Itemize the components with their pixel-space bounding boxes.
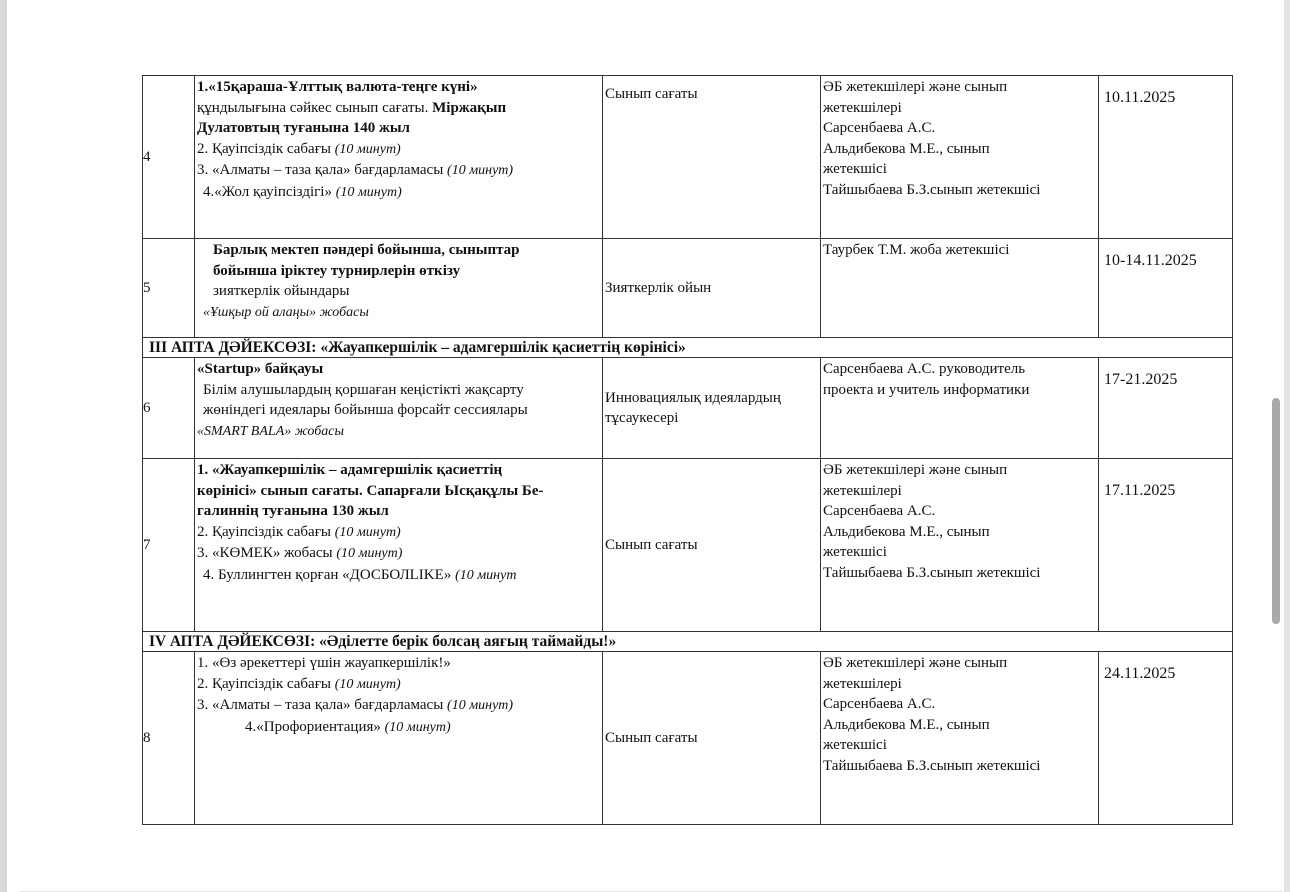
responsible-line: Альдибекова М.Е., сынып <box>823 139 1096 160</box>
responsible-cell: ӘБ жетекшілері және сыныпжетекшілеріСарс… <box>821 459 1099 632</box>
responsible-line: Альдибекова М.Е., сынып <box>823 715 1096 736</box>
event-line: галиннің туғанына 130 жыл <box>197 501 600 522</box>
event-cell: 1.«15қараша-Ұлттық валюта-теңге күні»құн… <box>195 76 603 239</box>
responsible-line: Тайшыбаева Б.З.сынып жетекшісі <box>823 563 1096 584</box>
table-row: 6«Startup» байқауыБілім алушылардың қорш… <box>143 358 1233 459</box>
duration-note: (10 минут) <box>335 142 401 157</box>
responsible-line: жетекшілері <box>823 98 1096 119</box>
event-line-text: галиннің туғанына 130 жыл <box>197 503 389 519</box>
event-line: 2. Қауіпсіздік сабағы (10 минут) <box>197 139 600 161</box>
responsible-line: жетекшілері <box>823 674 1096 695</box>
event-line: Білім алушылардың қоршаған кеңістікті жа… <box>197 380 600 401</box>
duration-note: (10 минут) <box>336 546 402 561</box>
event-line-text: 3. «Алматы – таза қала» бағдарламасы <box>197 697 447 713</box>
event-line-bold: Міржақып <box>432 100 506 116</box>
responsible-line: жетекшісі <box>823 735 1096 756</box>
form-cell: Инновациялық идеялардың тұсаукесері <box>603 358 821 459</box>
event-line-text: «SMART BALA» жобасы <box>197 424 344 439</box>
event-line-text: 4. Буллингтен қорған «ДОСБОЛLIKE» <box>203 567 455 583</box>
event-line: 3. «Алматы – таза қала» бағдарламасы (10… <box>197 695 600 717</box>
responsible-line: ӘБ жетекшілері және сынып <box>823 460 1096 481</box>
table-row: 71. «Жауапкершілік – адамгершілік қасиет… <box>143 459 1233 632</box>
row-number: 4 <box>143 76 195 239</box>
event-line-text: Барлық мектеп пәндері бойынша, сыныптар <box>213 242 520 258</box>
responsible-line: Сарсенбаева А.С. <box>823 501 1096 522</box>
event-line-text: 1. «Өз әрекеттері үшін жауапкершілік!» <box>197 655 451 671</box>
date-cell: 10.11.2025 <box>1099 76 1233 239</box>
event-line: 1. «Жауапкершілік – адамгершілік қасиетт… <box>197 460 600 481</box>
responsible-line: Сарсенбаева А.С. руководитель <box>823 359 1096 380</box>
responsible-cell: Таурбек Т.М. жоба жетекшісі <box>821 239 1099 338</box>
row-number: 7 <box>143 459 195 632</box>
responsible-line: жетекшісі <box>823 159 1096 180</box>
duration-note: (10 минут) <box>335 525 401 540</box>
event-line-text: 2. Қауіпсіздік сабағы <box>197 524 335 540</box>
event-line: бойынша іріктеу турнирлерін өткізу <box>197 261 600 282</box>
week-section-row: III АПТА ДӘЙЕКСӨЗІ: «Жауапкершілік – ада… <box>143 338 1233 358</box>
event-line-text: көрінісі» сынып сағаты. Сапарғали Ысқақұ… <box>197 483 544 499</box>
vertical-scrollbar[interactable] <box>1272 398 1280 624</box>
row-number: 8 <box>143 652 195 825</box>
event-line: жөніндегі идеялары бойынша форсайт сесси… <box>197 400 600 421</box>
event-line: зияткерлік ойындары <box>197 281 600 302</box>
event-cell: 1. «Жауапкершілік – адамгершілік қасиетт… <box>195 459 603 632</box>
event-line-text: 3. «КӨМЕК» жобасы <box>197 545 336 561</box>
responsible-line: ӘБ жетекшілері және сынып <box>823 77 1096 98</box>
event-line: 1.«15қараша-Ұлттық валюта-теңге күні» <box>197 77 600 98</box>
event-line-text: 1. «Жауапкершілік – адамгершілік қасиетт… <box>197 462 502 478</box>
event-line: «SMART BALA» жобасы <box>197 421 600 443</box>
viewer-right-edge <box>1284 0 1290 892</box>
responsible-cell: ӘБ жетекшілері және сыныпжетекшілеріСарс… <box>821 652 1099 825</box>
duration-note: (10 минут) <box>447 698 513 713</box>
event-line-text: жөніндегі идеялары бойынша форсайт сесси… <box>203 402 528 418</box>
responsible-line: Таурбек Т.М. жоба жетекшісі <box>823 240 1096 261</box>
duration-note: (10 минут) <box>336 185 402 200</box>
responsible-cell: Сарсенбаева А.С. руководительпроекта и у… <box>821 358 1099 459</box>
event-cell: Барлық мектеп пәндері бойынша, сыныптарб… <box>195 239 603 338</box>
week-motto: III АПТА ДӘЙЕКСӨЗІ: «Жауапкершілік – ада… <box>143 338 1233 358</box>
event-line: 2. Қауіпсіздік сабағы (10 минут) <box>197 674 600 696</box>
event-line: «Ұшқыр ой алаңы» жобасы <box>197 302 600 324</box>
date-cell: 24.11.2025 <box>1099 652 1233 825</box>
event-line: 4. Буллингтен қорған «ДОСБОЛLIKE» (10 ми… <box>197 565 600 587</box>
event-line: 3. «Алматы – таза қала» бағдарламасы (10… <box>197 160 600 182</box>
event-line: көрінісі» сынып сағаты. Сапарғали Ысқақұ… <box>197 481 600 502</box>
event-line-text: 3. «Алматы – таза қала» бағдарламасы <box>197 162 447 178</box>
event-line: «Startup» байқауы <box>197 359 600 380</box>
responsible-line: Сарсенбаева А.С. <box>823 694 1096 715</box>
event-line-text: 2. Қауіпсіздік сабағы <box>197 141 335 157</box>
event-line: 4.«Профориентация» (10 минут) <box>197 717 600 739</box>
event-line-text: «Startup» байқауы <box>197 361 323 377</box>
event-line: 2. Қауіпсіздік сабағы (10 минут) <box>197 522 600 544</box>
form-cell: Сынып сағаты <box>603 76 821 239</box>
form-cell: Сынып сағаты <box>603 652 821 825</box>
date-cell: 17-21.2025 <box>1099 358 1233 459</box>
event-line: 3. «КӨМЕК» жобасы (10 минут) <box>197 543 600 565</box>
responsible-line: Тайшыбаева Б.З.сынып жетекшісі <box>823 180 1096 201</box>
event-line-text: 2. Қауіпсіздік сабағы <box>197 676 335 692</box>
date-cell: 10-14.11.2025 <box>1099 239 1233 338</box>
responsible-cell: ӘБ жетекшілері және сыныпжетекшілеріСарс… <box>821 76 1099 239</box>
event-line-text: Білім алушылардың қоршаған кеңістікті жа… <box>203 382 524 398</box>
event-line: құндылығына сәйкес сынып сағаты. Міржақы… <box>197 98 600 119</box>
responsible-line: ӘБ жетекшілері және сынып <box>823 653 1096 674</box>
duration-note: (10 минут <box>455 568 516 583</box>
row-number: 5 <box>143 239 195 338</box>
week-motto: IV АПТА ДӘЙЕКСӨЗІ: «Әділетте берік болса… <box>143 632 1233 652</box>
event-line-text: құндылығына сәйкес сынып сағаты. <box>197 100 432 116</box>
row-number: 6 <box>143 358 195 459</box>
duration-note: (10 минут) <box>447 163 513 178</box>
event-line-text: 1.«15қараша-Ұлттық валюта-теңге күні» <box>197 79 478 95</box>
event-line: Барлық мектеп пәндері бойынша, сыныптар <box>197 240 600 261</box>
responsible-line: Сарсенбаева А.С. <box>823 118 1096 139</box>
event-line-text: 4.«Жол қауіпсіздігі» <box>203 184 336 200</box>
event-line-text: зияткерлік ойындары <box>213 283 349 299</box>
duration-note: (10 минут) <box>385 720 451 735</box>
table-row: 41.«15қараша-Ұлттық валюта-теңге күні»құ… <box>143 76 1233 239</box>
document-page: 41.«15қараша-Ұлттық валюта-теңге күні»құ… <box>142 75 1232 825</box>
form-cell: Зияткерлік ойын <box>603 239 821 338</box>
table-row: 81. «Өз әрекеттері үшін жауапкершілік!»2… <box>143 652 1233 825</box>
table-row: 5Барлық мектеп пәндері бойынша, сыныптар… <box>143 239 1233 338</box>
event-line-text: бойынша іріктеу турнирлерін өткізу <box>213 263 460 279</box>
event-line: Дулатовтың туғанына 140 жыл <box>197 118 600 139</box>
plan-table: 41.«15қараша-Ұлттық валюта-теңге күні»құ… <box>142 75 1233 825</box>
date-cell: 17.11.2025 <box>1099 459 1233 632</box>
event-line-text: 4.«Профориентация» <box>245 719 385 735</box>
event-cell: «Startup» байқауыБілім алушылардың қорша… <box>195 358 603 459</box>
event-cell: 1. «Өз әрекеттері үшін жауапкершілік!»2.… <box>195 652 603 825</box>
event-line: 1. «Өз әрекеттері үшін жауапкершілік!» <box>197 653 600 674</box>
event-line-text: «Ұшқыр ой алаңы» жобасы <box>203 305 369 320</box>
responsible-line: Тайшыбаева Б.З.сынып жетекшісі <box>823 756 1096 777</box>
event-line-text: Дулатовтың туғанына 140 жыл <box>197 120 410 136</box>
week-section-row: IV АПТА ДӘЙЕКСӨЗІ: «Әділетте берік болса… <box>143 632 1233 652</box>
responsible-line: Альдибекова М.Е., сынып <box>823 522 1096 543</box>
form-cell: Сынып сағаты <box>603 459 821 632</box>
viewer-left-edge <box>0 0 7 892</box>
responsible-line: жетекшісі <box>823 542 1096 563</box>
event-line: 4.«Жол қауіпсіздігі» (10 минут) <box>197 182 600 204</box>
duration-note: (10 минут) <box>335 677 401 692</box>
responsible-line: проекта и учитель информатики <box>823 380 1096 401</box>
responsible-line: жетекшілері <box>823 481 1096 502</box>
